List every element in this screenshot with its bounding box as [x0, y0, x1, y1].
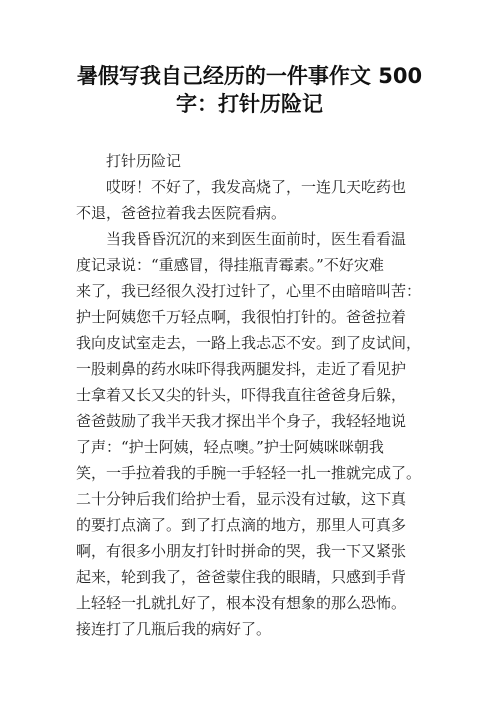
text-line: 起来，轮到我了，爸爸蒙住我的眼睛，只感到手背: [76, 564, 436, 590]
text-line: 笑，一手拉着我的手腕一手轻轻一扎一推就完成了。: [76, 460, 436, 486]
text-line: 啊，有很多小朋友打针时拼命的哭，我一下又紧张: [76, 538, 436, 564]
title-line-2: 字：打针历险记: [0, 90, 499, 118]
text-line: 接连打了几瓶后我的病好了。: [76, 616, 436, 642]
text-line: 士拿着又长又尖的针头，吓得我直往爸爸身后躲，: [76, 382, 436, 408]
text-line: 二十分钟后我们给护士看，显示没有过敏，这下真: [76, 486, 436, 512]
article-body: 打针历险记 哎呀！不好了，我发高烧了，一连几天吃药也 不退，爸爸拉着我去医院看病…: [76, 148, 436, 642]
article-title: 暑假写我自己经历的一件事作文 500 字：打针历险记: [0, 62, 499, 118]
text-line: 来了，我已经很久没打过针了，心里不由暗暗叫苦：: [76, 278, 436, 304]
text-line: 上轻轻一扎就扎好了，根本没有想象的那么恐怖。: [76, 590, 436, 616]
text-line: 的要打点滴了。到了打点滴的地方，那里人可真多: [76, 512, 436, 538]
article-heading: 打针历险记: [76, 148, 436, 174]
text-line: 护士阿姨您千万轻点啊，我很怕打针的。爸爸拉着: [76, 304, 436, 330]
text-line: 一股刺鼻的药水味吓得我两腿发抖，走近了看见护: [76, 356, 436, 382]
text-line: 当我昏昏沉沉的来到医生面前时，医生看看温: [76, 226, 436, 252]
text-line: 哎呀！不好了，我发高烧了，一连几天吃药也: [76, 174, 436, 200]
text-line: 度记录说：“重感冒，得挂瓶青霉素。”不好灾难: [76, 252, 436, 278]
text-line: 了声：“护士阿姨，轻点噢。”护士阿姨咪咪朝我: [76, 434, 436, 460]
title-line-1: 暑假写我自己经历的一件事作文 500: [0, 62, 499, 90]
text-line: 不退，爸爸拉着我去医院看病。: [76, 200, 436, 226]
text-line: 我向皮试室走去，一路上我忐忑不安。到了皮试间，: [76, 330, 436, 356]
text-line: 爸爸鼓励了我半天我才探出半个身子，我轻轻地说: [76, 408, 436, 434]
